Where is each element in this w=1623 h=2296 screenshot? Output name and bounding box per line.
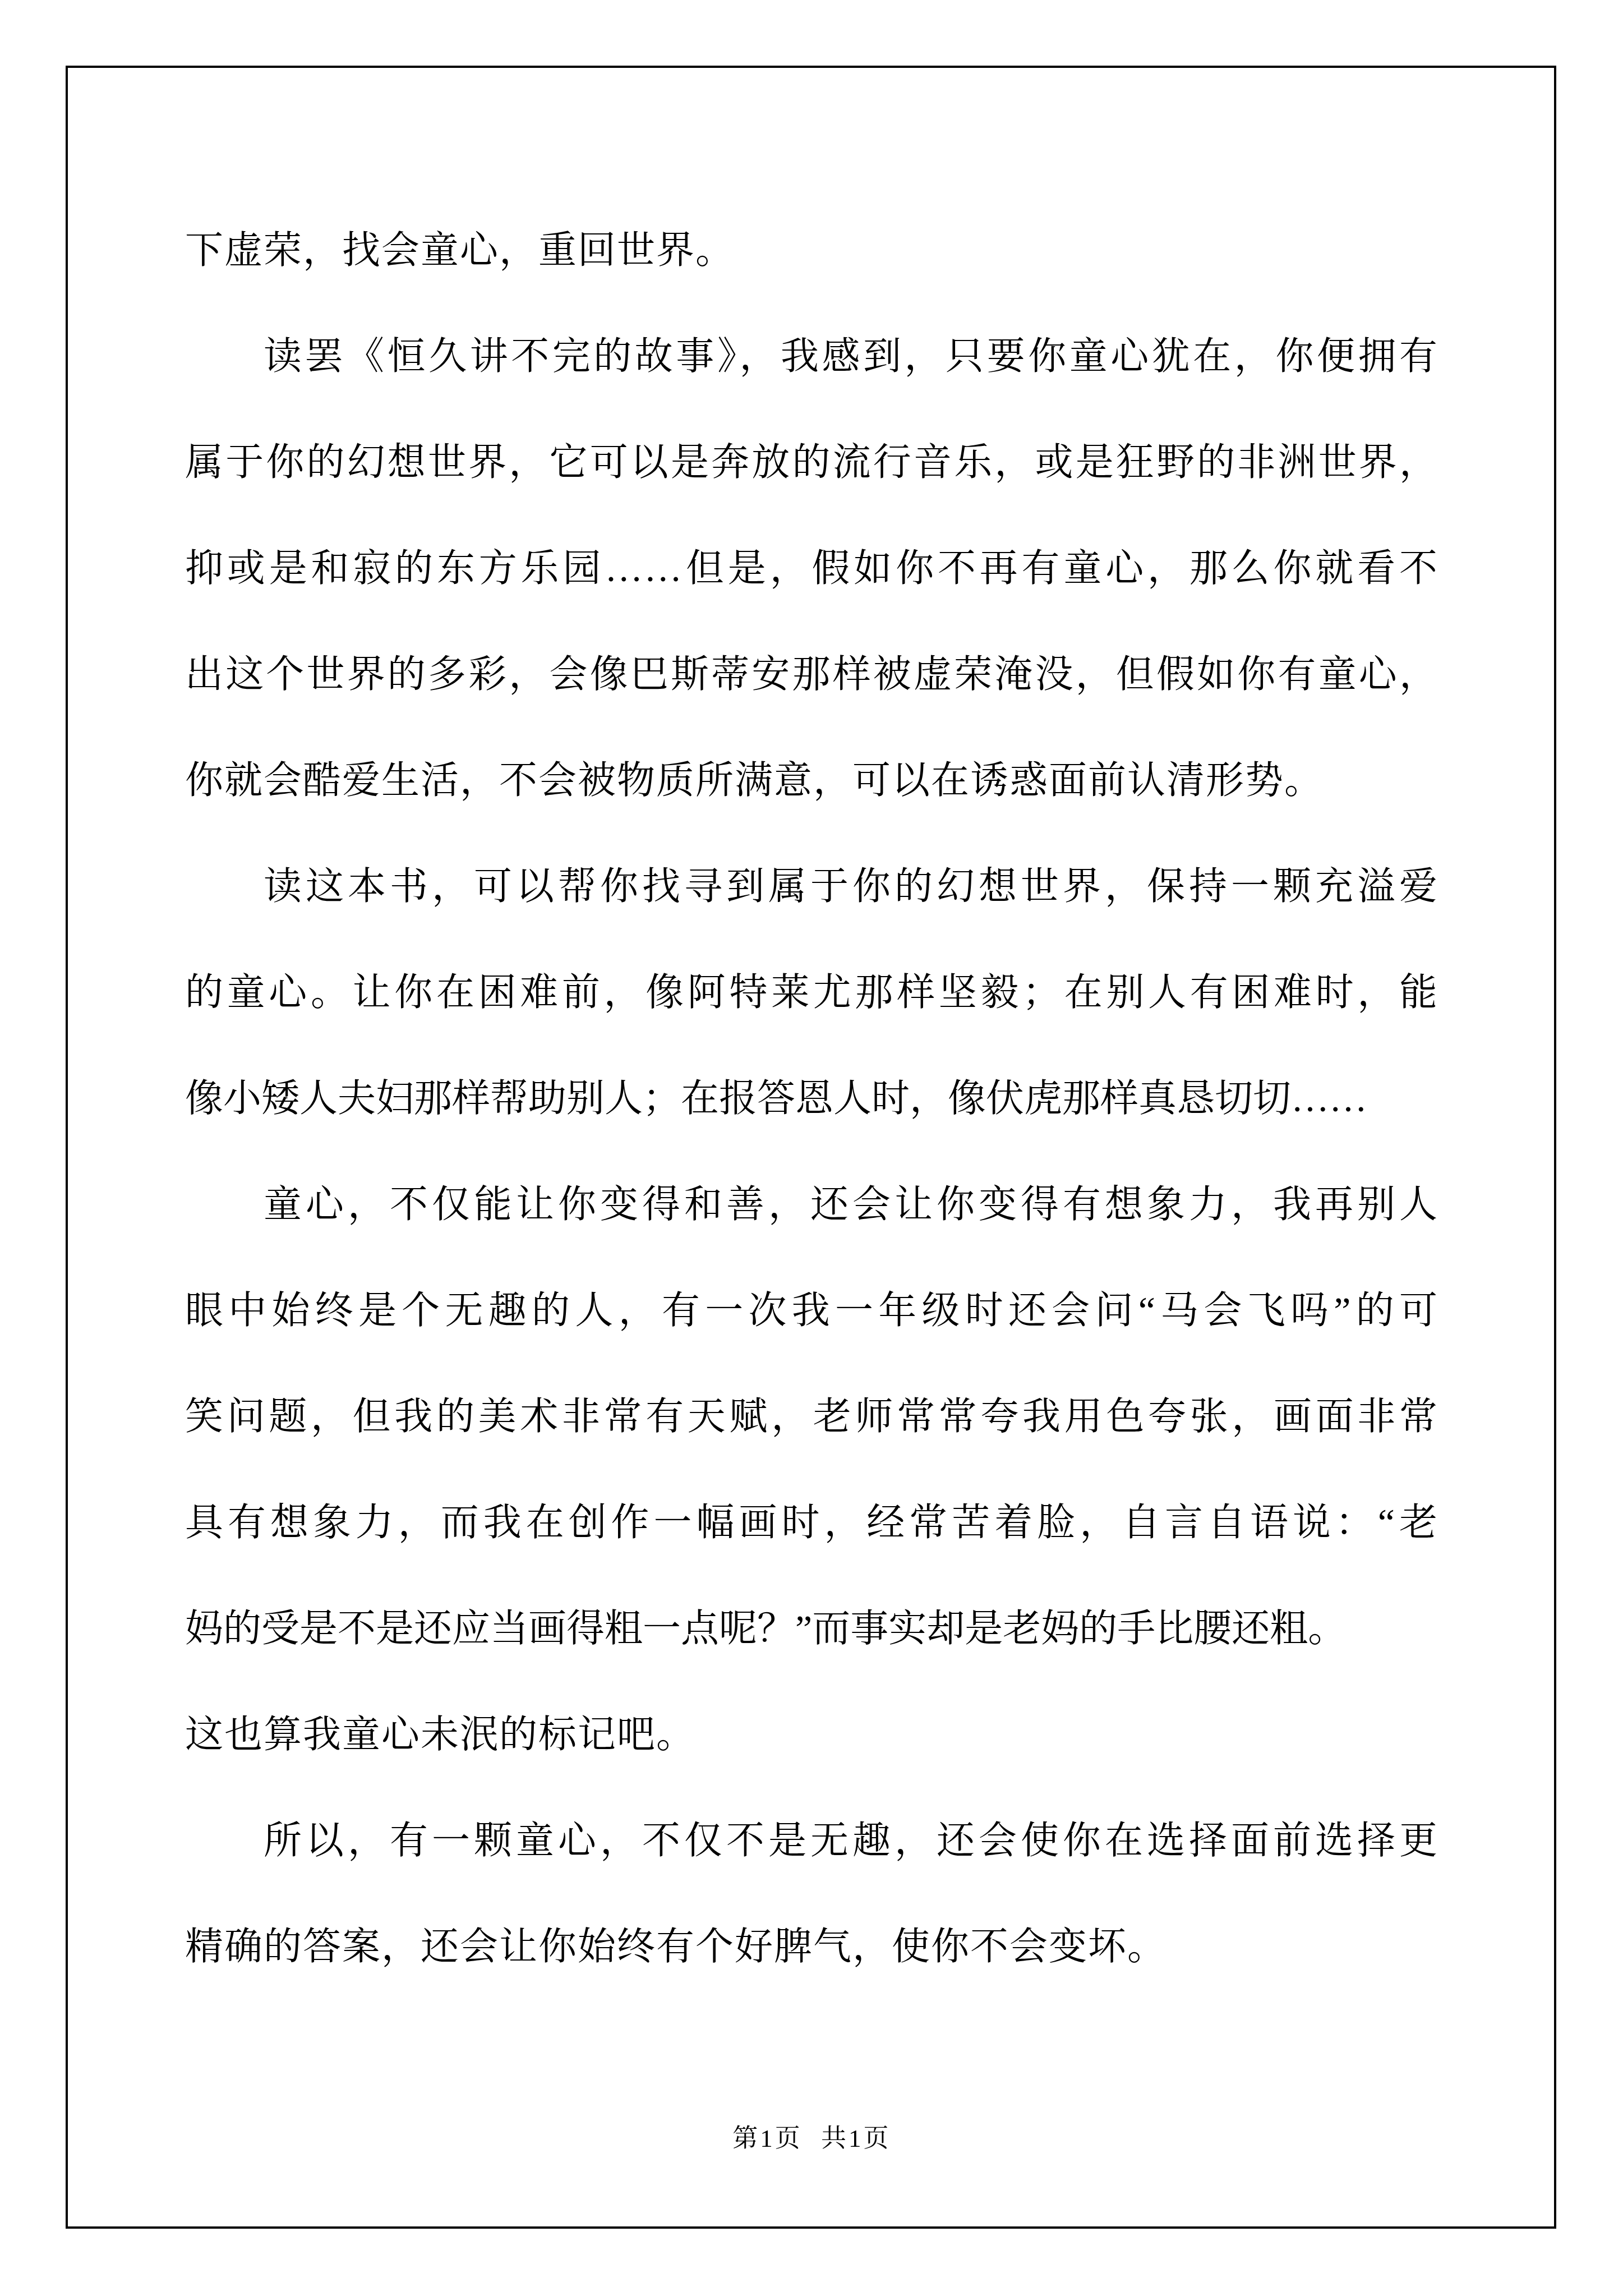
- text-line: 抑或是和寂的东方乐园……但是，假如你不再有童心，那么你就看不: [185, 516, 1438, 622]
- text-line: 读罢《恒久讲不完的故事》，我感到，只要你童心犹在，你便拥有: [185, 303, 1438, 409]
- text-line: 童心，不仅能让你变得和善，还会让你变得有想象力，我再别人: [185, 1152, 1438, 1258]
- text-line: 属于你的幻想世界，它可以是奔放的流行音乐，或是狂野的非洲世界，: [185, 409, 1438, 516]
- text-line: 这也算我童心未泯的标记吧。: [185, 1682, 1438, 1788]
- text-line: 读这本书，可以帮你找寻到属于你的幻想世界，保持一颗充溢爱: [185, 834, 1438, 940]
- text-line: 像小矮人夫妇那样帮助别人；在报答恩人时，像伏虎那样真恳切切……: [185, 1046, 1438, 1152]
- text-line: 所以，有一颗童心，不仅不是无趣，还会使你在选择面前选择更: [185, 1788, 1438, 1894]
- text-line: 你就会酷爱生活，不会被物质所满意，可以在诱惑面前认清形势。: [185, 728, 1438, 834]
- document-body: 下虚荣，找会童心，重回世界。 读罢《恒久讲不完的故事》，我感到，只要你童心犹在，…: [185, 197, 1438, 2000]
- text-line: 具有想象力，而我在创作一幅画时，经常苦着脸，自言自语说：“老: [185, 1470, 1438, 1576]
- text-line: 出这个世界的多彩，会像巴斯蒂安那样被虚荣淹没，但假如你有童心，: [185, 622, 1438, 728]
- text-line: 精确的答案，还会让你始终有个好脾气，使你不会变坏。: [185, 1894, 1438, 2000]
- document-page: 下虚荣，找会童心，重回世界。 读罢《恒久讲不完的故事》，我感到，只要你童心犹在，…: [0, 0, 1623, 2296]
- text-line: 下虚荣，找会童心，重回世界。: [185, 197, 1438, 303]
- text-line: 眼中始终是个无趣的人，有一次我一年级时还会问“马会飞吗”的可: [185, 1258, 1438, 1364]
- text-line: 笑问题，但我的美术非常有天赋，老师常常夸我用色夸张，画面非常: [185, 1364, 1438, 1470]
- text-line: 妈的受是不是还应当画得粗一点呢？”而事实却是老妈的手比腰还粗。: [185, 1576, 1438, 1682]
- page-footer: 第1页 共1页: [185, 2122, 1438, 2155]
- page-number: 第1页 共1页: [732, 2124, 891, 2152]
- text-line: 的童心。让你在困难前，像阿特莱尤那样坚毅；在别人有困难时，能: [185, 940, 1438, 1046]
